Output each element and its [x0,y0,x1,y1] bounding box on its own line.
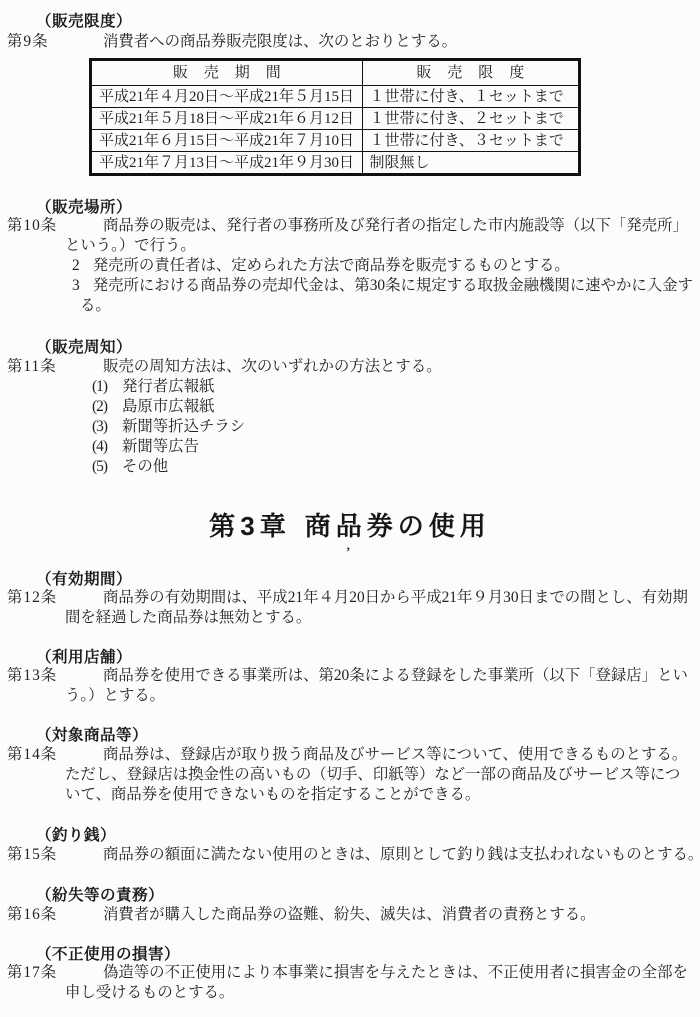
item-marker: (2) [92,397,122,417]
table-row: 平成21年４月20日～平成21年５月15日 １世帯に付き、１セットまで [91,86,579,108]
table-header-period-label: 販売期間 [173,65,297,81]
section-heading-fraudulent-use: （不正使用の損害） [36,945,180,965]
limit-cell: 制限無し [362,152,579,175]
period-cell: 平成21年５月18日～平成21年６月12日 [91,108,362,130]
table-header-limit: 販売限度 [362,60,579,86]
table-row: 平成21年７月13日～平成21年９月30日 制限無し [91,152,579,175]
item-text: 新聞等折込チラシ [122,418,245,435]
article-9: 第9条 消費者への商品券販売限度は、次のとおりとする。 [0,32,697,52]
article-14-text: 商品券は、登録店が取り扱う商品及びサービス等について、使用できるものとする。ただ… [65,745,692,805]
table-header-period: 販売期間 [91,60,362,86]
article-12: 第12条 商品券の有効期間は、平成21年４月20日から平成21年９月30日までの… [0,588,697,628]
scan-artifact-mark: ’ [346,542,350,562]
item-marker: (3) [92,417,122,437]
list-item: (5)その他 [92,457,697,477]
article-15-text: 商品券の額面に満たない使用のときは、原則として釣り銭は支払われないものとする。 [65,845,697,865]
article-10: 第10条 商品券の販売は、発行者の事務所及び発行者の指定した市内施設等（以下「発… [0,216,697,316]
section-heading-sales-limit: （販売限度） [36,12,132,32]
period-cell: 平成21年６月15日～平成21年７月10日 [91,130,362,152]
scanned-document-page: { "sections": { "s9": { "heading": "（販売限… [0,0,700,1017]
section-heading-loss-responsibility: （紛失等の責務） [36,886,164,906]
article-16: 第16条 消費者が購入した商品券の盗難、紛失、滅失は、消費者の責務とする。 [0,905,697,925]
sub-paragraph-text: 発売所の責任者は、定められた方法で商品券を販売するものとする。 [93,257,570,274]
publicity-method-list: (1)発行者広報紙 (2)島原市広報紙 (3)新聞等折込チラシ (4)新聞等広告… [92,377,697,477]
period-cell: 平成21年４月20日～平成21年５月15日 [91,86,362,108]
table-row: 平成21年５月18日～平成21年６月12日 １世帯に付き、２セットまで [91,108,579,130]
item-marker: (5) [92,457,122,477]
article-13-label: 第13条 [7,666,57,686]
list-item: (1)発行者広報紙 [92,377,697,397]
article-9-label: 第9条 [7,32,48,52]
table-header-row: 販売期間 販売限度 [91,60,579,86]
article-10-label: 第10条 [7,216,57,236]
section-heading-eligible-goods: （対象商品等） [36,726,148,746]
article-15: 第15条 商品券の額面に満たない使用のときは、原則として釣り銭は支払われないもの… [0,845,697,865]
item-text: 新聞等広告 [122,438,199,455]
table-header-limit-label: 販売限度 [416,65,540,81]
article-14-label: 第14条 [7,745,57,765]
article-16-label: 第16条 [7,905,57,925]
sales-limit-table: 販売期間 販売限度 平成21年４月20日～平成21年５月15日 １世帯に付き、１… [90,59,580,175]
article-11-text: 販売の周知方法は、次のいずれかの方法とする。 [65,357,697,377]
article-10-sub-3: 3発売所における商品券の売却代金は、第30条に規定する取扱金融機関に速やかに入金… [72,276,697,316]
article-16-text: 消費者が購入した商品券の盗難、紛失、滅失は、消費者の責務とする。 [65,905,697,925]
article-11-label: 第11条 [7,357,57,377]
article-12-label: 第12条 [7,588,57,608]
article-12-text: 商品券の有効期間は、平成21年４月20日から平成21年９月30日までの間とし、有… [65,588,692,628]
section-heading-change: （釣り銭） [36,826,116,846]
article-13-text: 商品券を使用できる事業所は、第20条による登録をした事業所（以下「登録店」という… [65,666,692,706]
article-17-label: 第17条 [7,963,57,983]
article-10-text: 商品券の販売は、発行者の事務所及び発行者の指定した市内施設等（以下「発売所」とい… [65,216,692,256]
period-cell: 平成21年７月13日～平成21年９月30日 [91,152,362,175]
article-9-text: 消費者への商品券販売限度は、次のとおりとする。 [65,32,697,52]
limit-cell: １世帯に付き、２セットまで [362,108,579,130]
article-17: 第17条 偽造等の不正使用により本事業に損害を与えたときは、不正使用者に損害金の… [0,963,697,1003]
item-text: 発行者広報紙 [122,378,214,395]
item-marker: (1) [92,377,122,397]
sub-paragraph-number: 3 [72,277,80,294]
limit-cell: １世帯に付き、１セットまで [362,86,579,108]
sub-paragraph-text: 発売所における商品券の売却代金は、第30条に規定する取扱金融機関に速やかに入金す… [80,277,693,314]
article-13: 第13条 商品券を使用できる事業所は、第20条による登録をした事業所（以下「登録… [0,666,697,706]
section-heading-validity-period: （有効期間） [36,570,132,590]
list-item: (4)新聞等広告 [92,437,697,457]
list-item: (2)島原市広報紙 [92,397,697,417]
sub-paragraph-number: 2 [72,257,80,274]
article-17-text: 偽造等の不正使用により本事業に損害を与えたときは、不正使用者に損害金の全部を申し… [65,963,692,1003]
chapter-number: 第3章 [209,511,290,541]
article-11: 第11条 販売の周知方法は、次のいずれかの方法とする。 (1)発行者広報紙 (2… [0,357,697,477]
item-marker: (4) [92,437,122,457]
chapter-3-heading: 第3章商品券の使用 [0,509,700,543]
item-text: その他 [122,458,168,475]
section-heading-participating-stores: （利用店舗） [36,648,132,668]
table-row: 平成21年６月15日～平成21年７月10日 １世帯に付き、３セットまで [91,130,579,152]
item-text: 島原市広報紙 [122,398,214,415]
section-heading-sales-publicity: （販売周知） [36,338,132,358]
section-heading-sales-location: （販売場所） [36,198,132,218]
article-15-label: 第15条 [7,845,57,865]
article-14: 第14条 商品券は、登録店が取り扱う商品及びサービス等について、使用できるものと… [0,745,697,805]
chapter-title: 商品券の使用 [305,511,491,541]
list-item: (3)新聞等折込チラシ [92,417,697,437]
article-10-sub-2: 2発売所の責任者は、定められた方法で商品券を販売するものとする。 [72,256,697,276]
limit-cell: １世帯に付き、３セットまで [362,130,579,152]
